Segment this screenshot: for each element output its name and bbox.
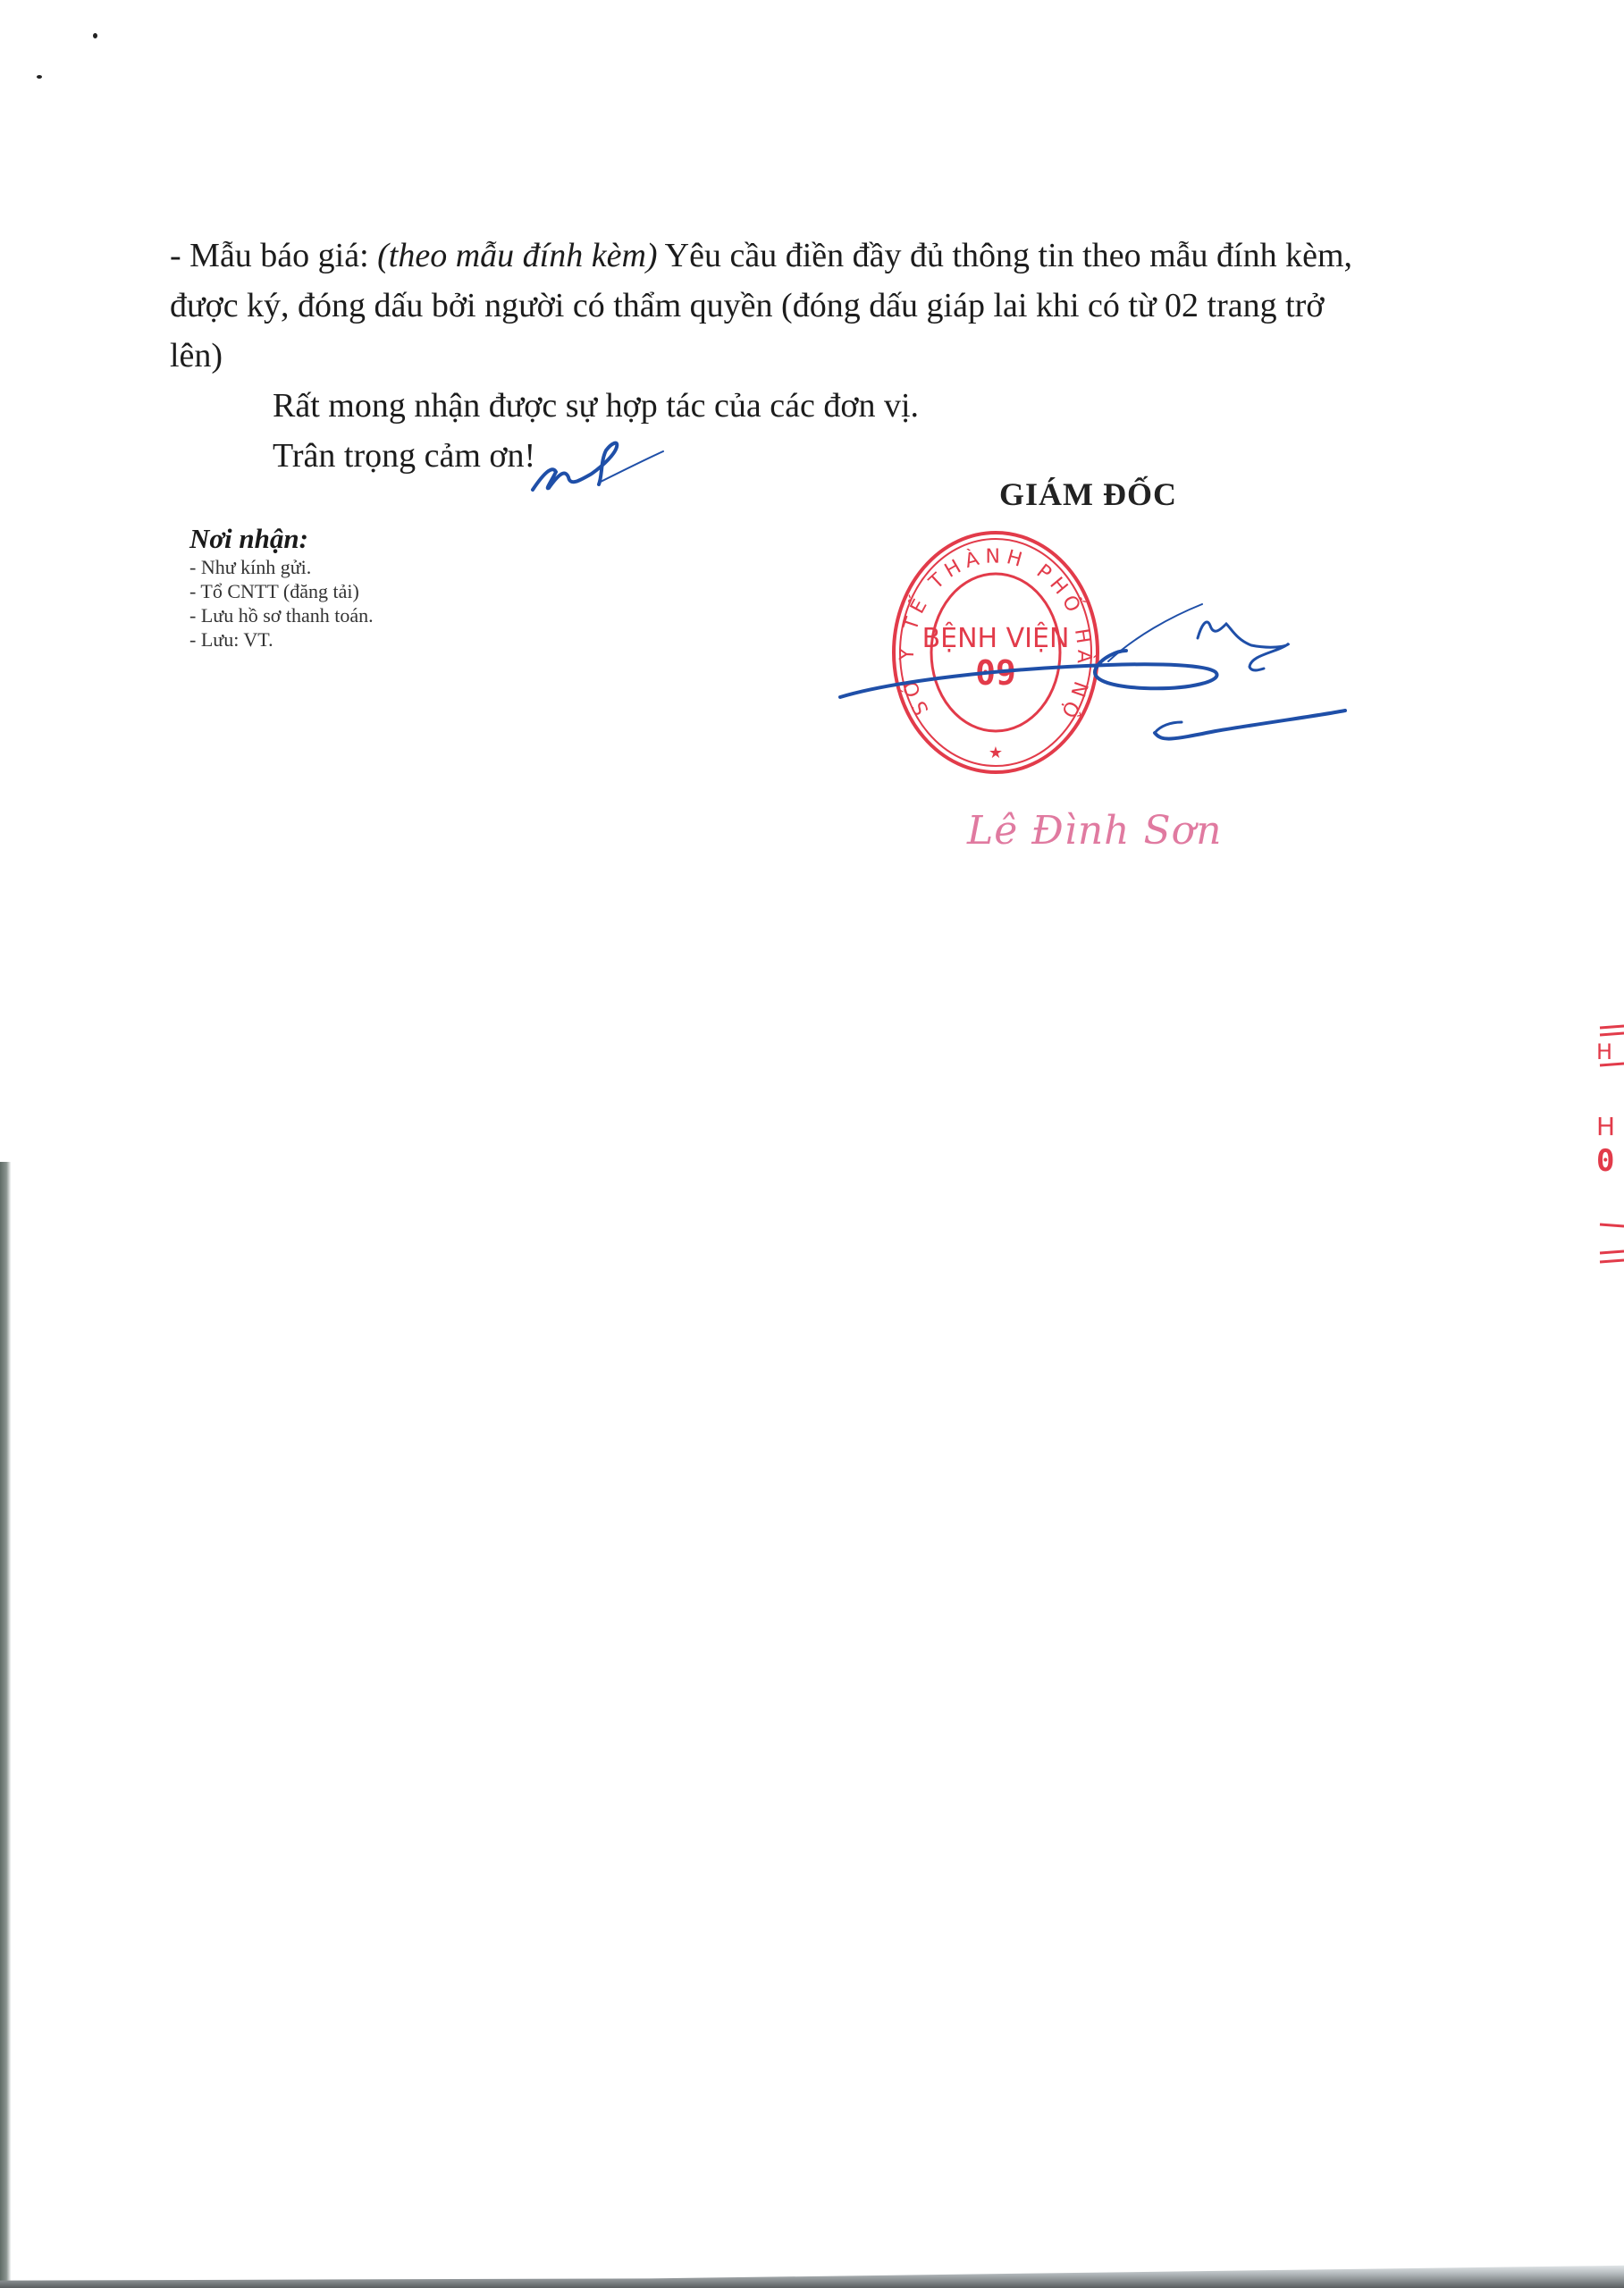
closing-line2: Trân trọng cảm ơn! <box>273 431 535 481</box>
stamp-center-line1: BỆNH VIỆN <box>922 622 1070 654</box>
fragment-letter: H <box>1596 1039 1612 1064</box>
recipient-item: - Như kính gửi. <box>189 555 374 579</box>
recipients-block: Nơi nhận: - Như kính gửi. - Tổ CNTT (đăn… <box>189 523 374 652</box>
body-line1-italic: (theo mẫu đính kèm) <box>377 237 657 274</box>
fragment-letter: H <box>1596 1112 1615 1141</box>
scan-speck <box>37 75 42 79</box>
side-stamp-fragment: H H 0 <box>1593 1019 1624 1287</box>
body-line3: lên) <box>170 331 1421 381</box>
handwritten-signatures <box>0 0 1624 894</box>
signer-name: Lê Đình Sơn <box>967 808 1222 854</box>
closing-line1: Rất mong nhận được sự hợp tác của các đơ… <box>273 381 919 431</box>
body-line2: được ký, đóng dấu bởi người có thẩm quyề… <box>170 281 1421 331</box>
body-paragraph: - Mẫu báo giá: (theo mẫu đính kèm) Yêu c… <box>170 231 1421 281</box>
recipient-item: - Tổ CNTT (đăng tải) <box>189 579 374 603</box>
signer-title: GIÁM ĐỐC <box>999 475 1177 513</box>
star-icon: ★ <box>989 744 1003 761</box>
stamp-center-line2: 09 <box>975 653 1016 693</box>
official-stamp: SỞ Y TẾ THÀNH PHỐ HÀ NỘI BỆNH VIỆN 09 ★ <box>890 529 1101 776</box>
scan-edge-left <box>0 1162 11 2288</box>
fragment-letter: 0 <box>1596 1143 1614 1179</box>
initial-signature <box>533 443 663 490</box>
recipient-item: - Lưu: VT. <box>189 627 374 652</box>
recipients-heading: Nơi nhận: <box>189 523 374 555</box>
body-line1-prefix: - Mẫu báo giá: <box>170 237 377 274</box>
scan-speck <box>93 33 97 38</box>
body-line1-rest: Yêu cầu điền đầy đủ thông tin theo mẫu đ… <box>658 237 1352 274</box>
recipient-item: - Lưu hồ sơ thanh toán. <box>189 603 374 627</box>
scan-edge-bottom <box>0 2263 1624 2288</box>
